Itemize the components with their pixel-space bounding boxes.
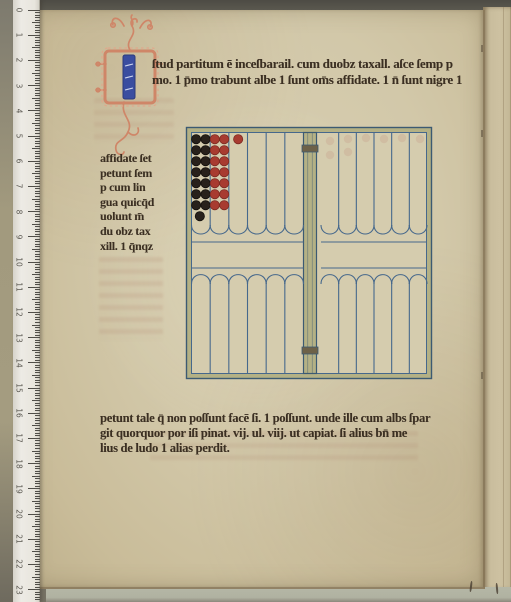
ruler-mm-tick — [32, 526, 40, 527]
margin-text-line: du obz tax — [100, 224, 154, 239]
ruler-mm-tick — [32, 224, 40, 225]
ruler-mm-tick — [35, 115, 41, 116]
ruler-mm-tick — [35, 307, 41, 308]
ruler-mm-tick — [35, 52, 41, 53]
ruler-mm-tick — [35, 322, 41, 323]
margin-text-line: p cum lin — [100, 180, 154, 195]
ruler-mm-tick — [32, 501, 40, 502]
ruler-mm-tick — [35, 385, 41, 386]
ruler-mm-tick — [35, 100, 41, 101]
ruler-mm-tick — [35, 415, 41, 416]
ruler-mm-tick — [35, 269, 41, 270]
ruler-mm-tick — [35, 491, 41, 492]
ruler-mm-tick — [35, 304, 41, 305]
ruler-mm-tick — [35, 289, 41, 290]
ruler-cm-tick — [28, 85, 40, 86]
ruler-mm-tick — [35, 30, 41, 31]
ruler-mm-tick — [35, 143, 41, 144]
ruler-number: 5 — [15, 130, 25, 143]
ruler-mm-tick — [32, 451, 40, 452]
ruler-mm-tick — [35, 267, 41, 268]
ruler-cm-tick — [28, 413, 40, 414]
ruler-cm-tick — [28, 362, 40, 363]
ruler-mm-tick — [35, 108, 41, 109]
ruler-mm-tick — [35, 471, 41, 472]
ruler-mm-tick — [35, 352, 41, 353]
ruler-mm-tick — [35, 544, 41, 545]
ruler-mm-tick — [35, 360, 41, 361]
ruler-mm-tick — [35, 556, 41, 557]
ruler-mm-tick — [35, 493, 41, 494]
ruler-mm-tick — [35, 204, 41, 205]
ruler-mm-tick — [35, 524, 41, 525]
ruler-mm-tick — [32, 476, 40, 477]
ruler-mm-tick — [35, 579, 41, 580]
ruler-mm-tick — [35, 15, 41, 16]
board-center-bar — [304, 133, 317, 374]
ruler-mm-tick — [35, 128, 41, 129]
ruler-mm-tick — [35, 246, 41, 247]
ruler-mm-tick — [35, 65, 41, 66]
ruler-mm-tick — [35, 418, 41, 419]
ruler-mm-tick — [35, 214, 41, 215]
ruler-mm-tick — [35, 168, 41, 169]
ruler-mm-tick — [35, 113, 41, 114]
ruler-mm-tick — [35, 597, 41, 598]
ruler-mm-tick — [32, 249, 40, 250]
ruler-mm-tick — [35, 309, 41, 310]
ruler-cm-tick — [28, 10, 40, 11]
ruler-mm-tick — [35, 141, 41, 142]
ruler-mm-tick — [35, 594, 41, 595]
ruler-mm-tick — [35, 382, 41, 383]
manuscript-scan: ſtud partitum ē inceſbarail. cum duobz t… — [0, 0, 511, 602]
ruler: 01234567891011121314151617181920212223 — [13, 0, 40, 602]
ruler-mm-tick — [32, 173, 40, 174]
ruler-mm-tick — [35, 511, 41, 512]
ruler-mm-tick — [35, 45, 41, 46]
ruler-number: 4 — [15, 104, 25, 117]
ruler-mm-tick — [32, 123, 40, 124]
ruler-mm-tick — [35, 440, 41, 441]
ruler-mm-tick — [35, 40, 41, 41]
ruler-number: 23 — [15, 583, 25, 596]
ruler-cm-tick — [28, 388, 40, 389]
ruler-number: 10 — [15, 256, 25, 269]
ruler-mm-tick — [35, 163, 41, 164]
ruler-mm-tick — [35, 574, 41, 575]
ruler-mm-tick — [35, 531, 41, 532]
ruler-mm-tick — [35, 561, 41, 562]
ruler-mm-tick — [35, 428, 41, 429]
ruler-mm-tick — [35, 176, 41, 177]
ruler-mm-tick — [35, 536, 41, 537]
ruler-mm-tick — [35, 209, 41, 210]
ruler-cm-tick — [28, 35, 40, 36]
ruler-mm-tick — [35, 20, 41, 21]
ruler-number: 18 — [15, 457, 25, 470]
margin-text-block: affidate ſet petunt ſem p cum lin gua qu… — [100, 151, 154, 253]
ruler-mm-tick — [35, 521, 41, 522]
ruler-mm-tick — [35, 486, 41, 487]
bottom-text-block: petunt tale q̄ non poſſunt facē ſi. 1 po… — [100, 411, 430, 455]
ruler-mm-tick — [35, 254, 41, 255]
ruler-mm-tick — [35, 259, 41, 260]
ruler-mm-tick — [35, 559, 41, 560]
ruler-cm-tick — [28, 236, 40, 237]
ruler-mm-tick — [35, 473, 41, 474]
ruler-mm-tick — [35, 25, 41, 26]
ruler-mm-tick — [32, 199, 40, 200]
bar-clasp — [302, 347, 318, 354]
ruler-mm-tick — [32, 425, 40, 426]
ruler-mm-tick — [35, 241, 41, 242]
ruler-mm-tick — [35, 279, 41, 280]
ruler-mm-tick — [35, 118, 41, 119]
ruler-mm-tick — [35, 335, 41, 336]
ruler-cm-tick — [28, 287, 40, 288]
ruler-mm-tick — [35, 133, 41, 134]
ruler-cm-tick — [28, 438, 40, 439]
ruler-mm-tick — [32, 551, 40, 552]
edge-mark — [481, 130, 483, 137]
ruler-mm-tick — [35, 95, 41, 96]
ruler-mm-tick — [35, 103, 41, 104]
ruler-mm-tick — [32, 325, 40, 326]
ruler-mm-tick — [35, 78, 41, 79]
ruler-cm-tick — [28, 312, 40, 313]
ruler-mm-tick — [35, 231, 41, 232]
next-page-seam — [503, 7, 504, 590]
ruler-mm-tick — [35, 466, 41, 467]
ruler-mm-tick — [35, 183, 41, 184]
ruler-mm-tick — [35, 156, 41, 157]
ruler-cm-tick — [28, 337, 40, 338]
ruler-mm-tick — [35, 153, 41, 154]
ruler-mm-tick — [35, 332, 41, 333]
ruler-number: 8 — [15, 205, 25, 218]
ruler-mm-tick — [32, 98, 40, 99]
ruler-mm-tick — [35, 519, 41, 520]
margin-text-line: xill. 1 q̄nqz — [100, 239, 154, 254]
ruler-mm-tick — [35, 327, 41, 328]
ruler-mm-tick — [35, 226, 41, 227]
bottom-text-line: git quorquor por iſi pinat. vij. ul. vii… — [100, 426, 430, 441]
ruler-number: 22 — [15, 558, 25, 571]
ruler-number: 15 — [15, 382, 25, 395]
edge-mark — [481, 45, 483, 52]
edge-mark — [481, 372, 483, 379]
ruler-mm-tick — [35, 294, 41, 295]
ruler-number: 12 — [15, 306, 25, 319]
ruler-mm-tick — [35, 445, 41, 446]
ruler-mm-tick — [35, 105, 41, 106]
ruler-cm-tick — [28, 211, 40, 212]
ruler-mm-tick — [35, 516, 41, 517]
ruler-mm-tick — [35, 498, 41, 499]
ruler-mm-tick — [35, 408, 41, 409]
ruler-mm-tick — [35, 372, 41, 373]
ruler-mm-tick — [35, 221, 41, 222]
ruler-number: 2 — [15, 54, 25, 67]
ruler-mm-tick — [35, 239, 41, 240]
ruler-mm-tick — [35, 357, 41, 358]
ruler-cm-tick — [28, 161, 40, 162]
ruler-mm-tick — [35, 27, 41, 28]
scan-background-left — [0, 0, 14, 602]
ruler-mm-tick — [35, 458, 41, 459]
ruler-mm-tick — [35, 146, 41, 147]
next-page-fore-edge — [483, 7, 511, 590]
ruler-mm-tick — [35, 75, 41, 76]
ruler-mm-tick — [35, 443, 41, 444]
ruler-mm-tick — [35, 264, 41, 265]
main-text-line: ſtud partitum ē inceſbarail. cum duobz t… — [152, 56, 462, 72]
ruler-mm-tick — [35, 587, 41, 588]
ruler-mm-tick — [32, 350, 40, 351]
ruler-mm-tick — [35, 83, 41, 84]
ruler-mm-tick — [32, 148, 40, 149]
ruler-mm-tick — [35, 151, 41, 152]
ruler-mm-tick — [35, 453, 41, 454]
ruler-mm-tick — [35, 158, 41, 159]
ruler-mm-tick — [35, 234, 41, 235]
ruler-mm-tick — [35, 448, 41, 449]
ruler-number: 6 — [15, 155, 25, 168]
ruler-mm-tick — [35, 216, 41, 217]
ruler-mm-tick — [35, 405, 41, 406]
ruler-number: 20 — [15, 508, 25, 521]
ruler-mm-tick — [35, 380, 41, 381]
ruler-mm-tick — [35, 370, 41, 371]
scan-background-bottom — [0, 587, 511, 602]
ruler-number: 14 — [15, 356, 25, 369]
ruler-mm-tick — [35, 219, 41, 220]
ruler-mm-tick — [35, 17, 41, 18]
ruler-mm-tick — [35, 592, 41, 593]
ruler-number: 3 — [15, 79, 25, 92]
ruler-mm-tick — [35, 549, 41, 550]
ruler-number: 21 — [15, 533, 25, 546]
ruler-mm-tick — [35, 529, 41, 530]
ruler-mm-tick — [35, 302, 41, 303]
ruler-mm-tick — [35, 395, 41, 396]
ruler-mm-tick — [32, 274, 40, 275]
ruler-cm-tick — [28, 110, 40, 111]
tables-board-svg — [183, 122, 437, 384]
ruler-mm-tick — [35, 365, 41, 366]
ruler-mm-tick — [35, 496, 41, 497]
ruler-mm-tick — [32, 47, 40, 48]
ruler-mm-tick — [35, 433, 41, 434]
ruler-cm-tick — [28, 60, 40, 61]
ruler-number: 1 — [15, 29, 25, 42]
ruler-mm-tick — [35, 70, 41, 71]
ruler-mm-tick — [35, 191, 41, 192]
ruler-mm-tick — [35, 206, 41, 207]
ruler-mm-tick — [35, 398, 41, 399]
ruler-mm-tick — [35, 37, 41, 38]
ruler-number: 9 — [15, 230, 25, 243]
ruler-mm-tick — [35, 42, 41, 43]
ruler-mm-tick — [35, 599, 41, 600]
ruler-mm-tick — [35, 256, 41, 257]
ruler-mm-tick — [35, 340, 41, 341]
ruler-cm-tick — [28, 186, 40, 187]
main-text-block: ſtud partitum ē inceſbarail. cum duobz t… — [152, 56, 462, 87]
ruler-mm-tick — [35, 284, 41, 285]
ruler-mm-tick — [35, 390, 41, 391]
ruler-mm-tick — [35, 569, 41, 570]
ruler-mm-tick — [35, 62, 41, 63]
ruler-cm-tick — [28, 539, 40, 540]
ruler-mm-tick — [35, 50, 41, 51]
ruler-mm-tick — [35, 503, 41, 504]
ruler-mm-tick — [35, 554, 41, 555]
ruler-mm-tick — [35, 430, 41, 431]
ruler-mm-tick — [35, 317, 41, 318]
show-through-text-margin — [99, 257, 163, 341]
ruler-mm-tick — [35, 130, 41, 131]
ruler-mm-tick — [35, 345, 41, 346]
ruler-mm-tick — [35, 57, 41, 58]
margin-text-line: uolunt m̄ — [100, 209, 154, 224]
ruler-mm-tick — [32, 577, 40, 578]
scan-background-top — [0, 0, 511, 10]
ruler-mm-tick — [35, 297, 41, 298]
ruler-mm-tick — [35, 347, 41, 348]
ruler-mm-tick — [35, 403, 41, 404]
ruler-mm-tick — [35, 481, 41, 482]
ruler-number: 13 — [15, 331, 25, 344]
ruler-mm-tick — [35, 420, 41, 421]
margin-text-line: petunt ſem — [100, 166, 154, 181]
ruler-mm-tick — [35, 582, 41, 583]
ruler-cm-tick — [28, 262, 40, 263]
ruler-mm-tick — [35, 178, 41, 179]
ruler-cm-tick — [28, 136, 40, 137]
ruler-mm-tick — [32, 73, 40, 74]
ruler-cm-tick — [28, 589, 40, 590]
ruler-mm-tick — [35, 188, 41, 189]
ruler-mm-tick — [35, 251, 41, 252]
bottom-text-line: lius de ludo 1 alias perdit. — [100, 441, 430, 456]
margin-text-line: gua quicq̄d — [100, 195, 154, 210]
ruler-mm-tick — [35, 12, 41, 13]
ruler-number: 19 — [15, 482, 25, 495]
ruler-mm-tick — [35, 171, 41, 172]
ruler-mm-tick — [35, 546, 41, 547]
parchment-page: ſtud partitum ē inceſbarail. cum duobz t… — [30, 10, 485, 589]
ruler-mm-tick — [35, 55, 41, 56]
ruler-mm-tick — [35, 330, 41, 331]
ruler-mm-tick — [35, 534, 41, 535]
bar-clasp — [302, 145, 318, 152]
ruler-mm-tick — [35, 478, 41, 479]
ruler-mm-tick — [35, 196, 41, 197]
ruler-mm-tick — [32, 375, 40, 376]
ruler-mm-tick — [35, 566, 41, 567]
ruler-mm-tick — [32, 299, 40, 300]
ruler-mm-tick — [35, 32, 41, 33]
ruler-mm-tick — [35, 541, 41, 542]
ruler-mm-tick — [35, 571, 41, 572]
ruler-mm-tick — [35, 125, 41, 126]
ruler-mm-tick — [35, 461, 41, 462]
ruler-mm-tick — [35, 355, 41, 356]
ruler-mm-tick — [35, 508, 41, 509]
ruler-cm-tick — [28, 463, 40, 464]
ruler-mm-tick — [35, 410, 41, 411]
ruler-mm-tick — [35, 272, 41, 273]
red-checker-stack-point-3 — [234, 135, 243, 144]
ruler-cm-tick — [28, 514, 40, 515]
ruler-mm-tick — [35, 282, 41, 283]
ruler-number: 17 — [15, 432, 25, 445]
ruler-mm-tick — [35, 67, 41, 68]
ruler-mm-tick — [35, 483, 41, 484]
ruler-mm-tick — [35, 377, 41, 378]
ruler-mm-tick — [35, 277, 41, 278]
ruler-cm-tick — [28, 564, 40, 565]
ruler-number: 7 — [15, 180, 25, 193]
ruler-mm-tick — [35, 166, 41, 167]
ruler-mm-tick — [35, 423, 41, 424]
ruler-mm-tick — [35, 181, 41, 182]
bottom-text-line: petunt tale q̄ non poſſunt facē ſi. 1 po… — [100, 411, 430, 426]
ruler-mm-tick — [35, 319, 41, 320]
ruler-mm-tick — [35, 468, 41, 469]
ruler-mm-tick — [35, 367, 41, 368]
ruler-mm-tick — [32, 22, 40, 23]
ruler-mm-tick — [35, 506, 41, 507]
ruler-cm-tick — [28, 488, 40, 489]
ruler-mm-tick — [35, 584, 41, 585]
ruler-mm-tick — [35, 435, 41, 436]
ruler-mm-tick — [35, 93, 41, 94]
ruler-mm-tick — [35, 193, 41, 194]
ruler-number: 11 — [15, 281, 25, 294]
ruler-mm-tick — [35, 456, 41, 457]
ruler-mm-tick — [35, 292, 41, 293]
tables-board-diagram — [183, 122, 437, 384]
ruler-mm-tick — [35, 314, 41, 315]
ruler-mm-tick — [35, 229, 41, 230]
ruler-number: 16 — [15, 407, 25, 420]
ruler-mm-tick — [35, 342, 41, 343]
main-text-line: mo. 1 p̄mo trabunt albe 1 ſunt om̄s affi… — [152, 72, 462, 88]
ruler-mm-tick — [35, 201, 41, 202]
ruler-mm-tick — [35, 393, 41, 394]
margin-text-line: affidate ſet — [100, 151, 154, 166]
ruler-mm-tick — [35, 90, 41, 91]
ruler-mm-tick — [35, 138, 41, 139]
ruler-mm-tick — [35, 120, 41, 121]
ruler-number: 0 — [15, 4, 25, 17]
ruler-mm-tick — [32, 400, 40, 401]
ruler-mm-tick — [35, 80, 41, 81]
ruler-mm-tick — [35, 88, 41, 89]
ruler-mm-tick — [35, 244, 41, 245]
